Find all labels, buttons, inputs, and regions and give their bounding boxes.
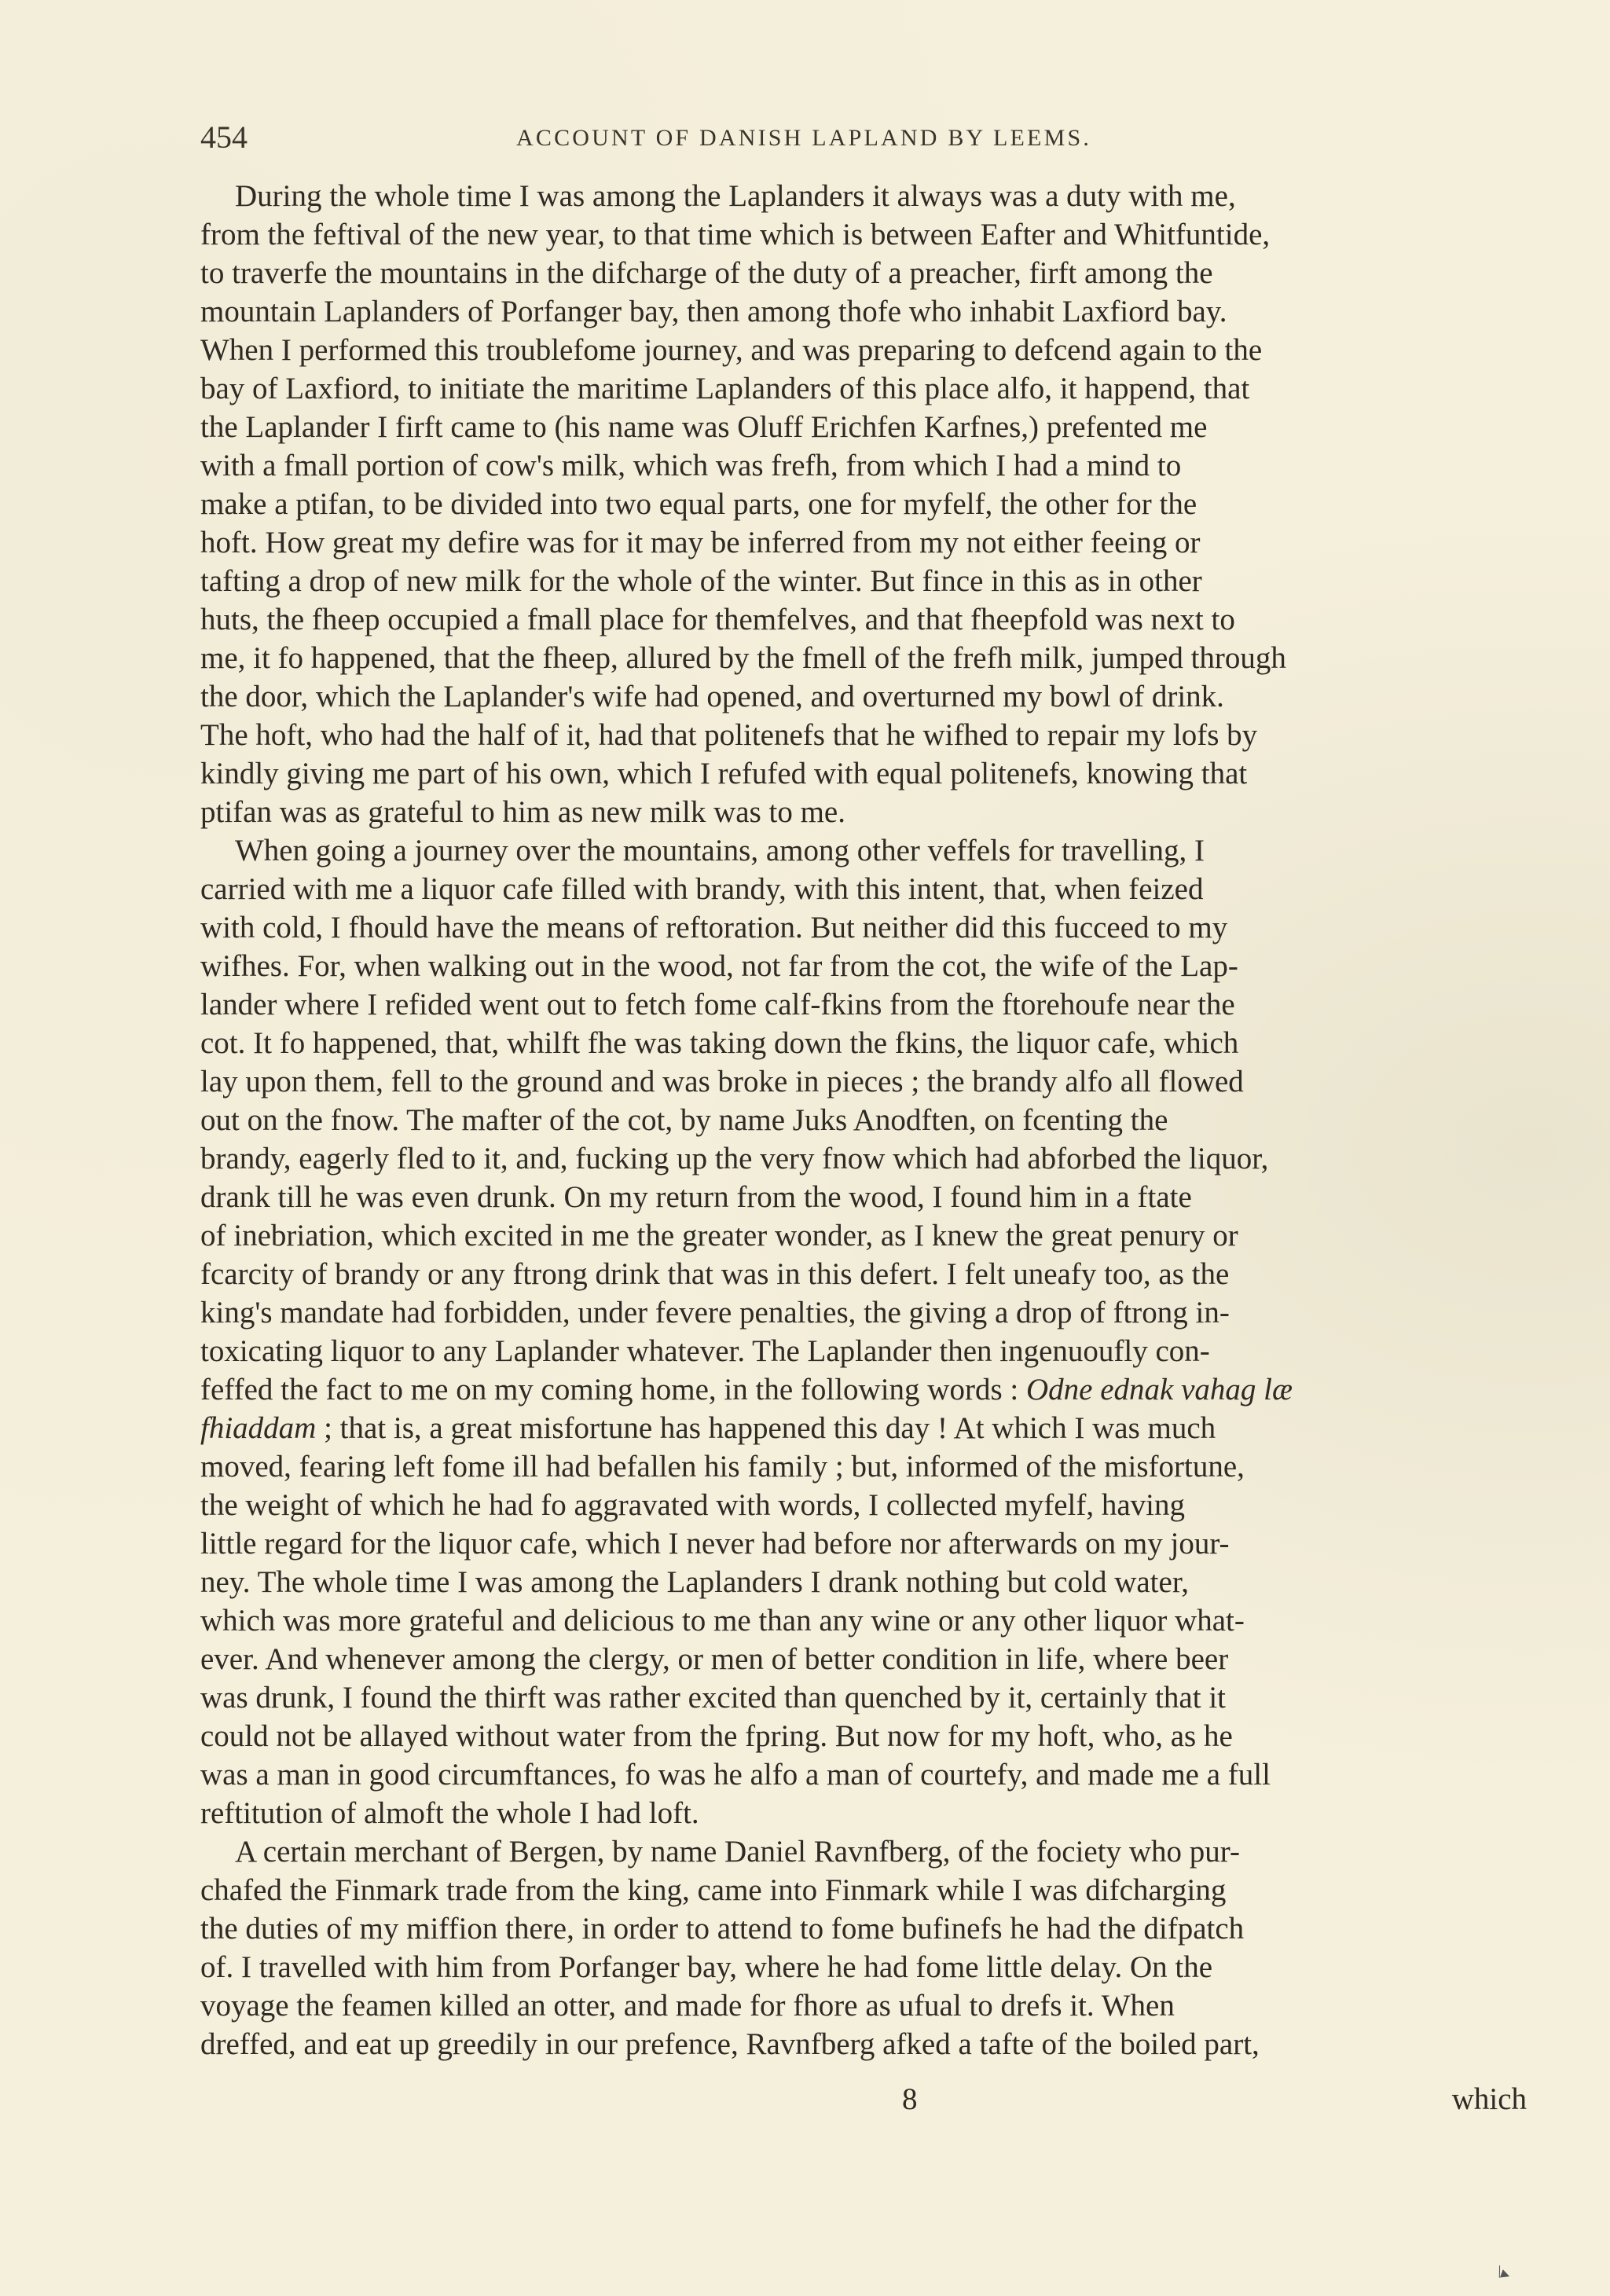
text-line: ptifan was as grateful to him as new mil… (200, 793, 1527, 831)
body-text: During the whole time I was among the La… (200, 177, 1527, 2063)
text-line: moved, fearing left fome ill had befalle… (200, 1447, 1527, 1486)
text-line: carried with me a liquor cafe filled wit… (200, 870, 1527, 908)
text-line: brandy, eagerly fled to it, and, fucking… (200, 1139, 1527, 1178)
text-line: kindly giving me part of his own, which … (200, 754, 1527, 793)
text-line: feffed the fact to me on my coming home,… (200, 1370, 1527, 1409)
text-line: voyage the feamen killed an otter, and m… (200, 1986, 1527, 2025)
text-line: of. I travelled with him from Porfanger … (200, 1948, 1527, 1986)
running-head-title: ACCOUNT OF DANISH LAPLAND BY LEEMS. (516, 121, 1091, 156)
page-footer: 8 which (200, 2080, 1527, 2118)
text-line: hoft. How great my defire was for it may… (200, 523, 1527, 562)
text-line: ney. The whole time I was among the Lapl… (200, 1563, 1527, 1601)
page-number: 454 (200, 118, 248, 157)
text-line: out on the fnow. The mafter of the cot, … (200, 1101, 1527, 1139)
ink-mark-icon: \▸ (1494, 2261, 1513, 2285)
paragraph: A certain merchant of Bergen, by name Da… (200, 1832, 1527, 2063)
text-line: the Laplander I firft came to (his name … (200, 408, 1527, 446)
text-line: lay upon them, fell to the ground and wa… (200, 1062, 1527, 1101)
text-line: wifhes. For, when walking out in the woo… (200, 947, 1527, 985)
text-line: The hoft, who had the half of it, had th… (200, 716, 1527, 754)
text-line: mountain Laplanders of Porfanger bay, th… (200, 292, 1527, 331)
text-line: lander where I refided went out to fetch… (200, 985, 1527, 1024)
text-line: reftitution of almoft the whole I had lo… (200, 1794, 1527, 1832)
running-head: 454 ACCOUNT OF DANISH LAPLAND BY LEEMS. (200, 118, 1528, 157)
text-line: make a ptifan, to be divided into two eq… (200, 485, 1527, 523)
text-line: huts, the fheep occupied a fmall place f… (200, 600, 1527, 639)
text-line: with a fmall portion of cow's milk, whic… (200, 446, 1527, 485)
text-line: During the whole time I was among the La… (200, 177, 1527, 215)
paragraph: When going a journey over the mountains,… (200, 831, 1527, 1832)
text-line: the weight of which he had fo aggravated… (200, 1486, 1527, 1524)
text-line: toxicating liquor to any Laplander whate… (200, 1332, 1527, 1370)
text-line: the door, which the Laplander's wife had… (200, 677, 1527, 716)
text-line: which was more grateful and delicious to… (200, 1601, 1527, 1640)
text-line: could not be allayed without water from … (200, 1717, 1527, 1755)
text-line: was drunk, I found the thirft was rather… (200, 1678, 1527, 1717)
catchword: which (1452, 2080, 1527, 2118)
text-line: drank till he was even drunk. On my retu… (200, 1178, 1527, 1216)
text-line: the duties of my miffion there, in order… (200, 1909, 1527, 1948)
text-line: was a man in good circumftances, fo was … (200, 1755, 1527, 1794)
text-line: tafting a drop of new milk for the whole… (200, 562, 1527, 600)
text-line: ever. And whenever among the clergy, or … (200, 1640, 1527, 1678)
text-line: to traverfe the mountains in the difchar… (200, 254, 1527, 292)
paragraph: During the whole time I was among the La… (200, 177, 1527, 831)
text-line: of inebriation, which excited in me the … (200, 1216, 1527, 1255)
signature-mark: 8 (902, 2080, 918, 2118)
text-line: A certain merchant of Bergen, by name Da… (200, 1832, 1527, 1871)
lapp-phrase-italic: fhiaddam (200, 1411, 316, 1445)
text-line: fcarcity of brandy or any ftrong drink t… (200, 1255, 1527, 1293)
text-line: little regard for the liquor cafe, which… (200, 1524, 1527, 1563)
lapp-phrase-italic: Odne ednak vahag læ (1026, 1373, 1293, 1407)
text-line: cot. It fo happened, that, whilft fhe wa… (200, 1024, 1527, 1062)
text-line: chafed the Finmark trade from the king, … (200, 1871, 1527, 1909)
text-line: me, it fo happened, that the fheep, allu… (200, 639, 1527, 677)
text-line: fhiaddam ; that is, a great misfortune h… (200, 1409, 1527, 1447)
text-line: dreffed, and eat up greedily in our pref… (200, 2025, 1527, 2063)
text-line: When going a journey over the mountains,… (200, 831, 1527, 870)
text-line: bay of Laxfiord, to initiate the maritim… (200, 369, 1527, 408)
text-line: king's mandate had forbidden, under feve… (200, 1293, 1527, 1332)
text-line: with cold, I fhould have the means of re… (200, 908, 1527, 947)
text-line: When I performed this troublefome journe… (200, 331, 1527, 369)
text-line: from the feftival of the new year, to th… (200, 215, 1527, 254)
